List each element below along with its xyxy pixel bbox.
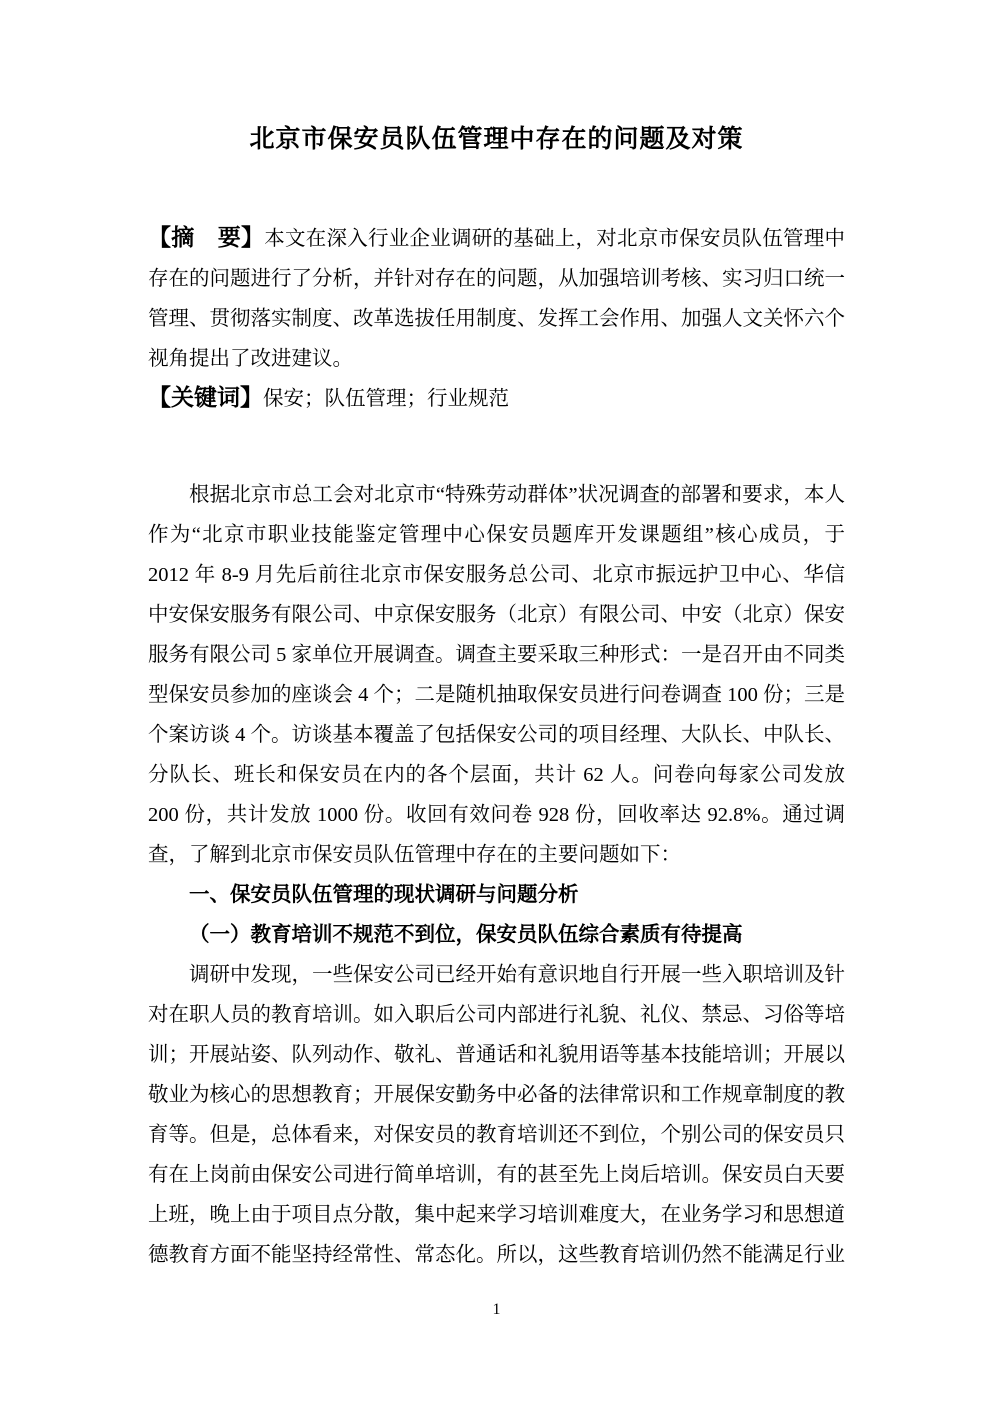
- abstract-label: 【摘 要】: [148, 225, 264, 250]
- abstract-paragraph: 【摘 要】本文在深入行业企业调研的基础上，对北京市保安员队伍管理中存在的问题进行…: [148, 218, 845, 379]
- document-page: 北京市保安员队伍管理中存在的问题及对策 【摘 要】本文在深入行业企业调研的基础上…: [0, 0, 993, 1404]
- keywords-label: 【关键词】: [148, 385, 263, 410]
- body-paragraph-training-detail: 调研中发现，一些保安公司已经开始有意识地自行开展一些入职培训及针对在职人员的教育…: [148, 955, 845, 1275]
- page-number: 1: [0, 1299, 993, 1321]
- document-body: 根据北京市总工会对北京市“特殊劳动群体”状况调查的部署和要求，本人作为“北京市职…: [148, 475, 845, 1275]
- keywords-line: 【关键词】保安；队伍管理；行业规范: [148, 378, 845, 419]
- body-paragraph-survey: 根据北京市总工会对北京市“特殊劳动群体”状况调查的部署和要求，本人作为“北京市职…: [148, 475, 845, 875]
- section-heading-analysis: 一、保安员队伍管理的现状调研与问题分析: [148, 875, 845, 915]
- subsection-heading-training: （一）教育培训不规范不到位，保安员队伍综合素质有待提高: [148, 915, 845, 955]
- keywords-text: 保安；队伍管理；行业规范: [263, 388, 509, 410]
- document-title: 北京市保安员队伍管理中存在的问题及对策: [0, 120, 993, 160]
